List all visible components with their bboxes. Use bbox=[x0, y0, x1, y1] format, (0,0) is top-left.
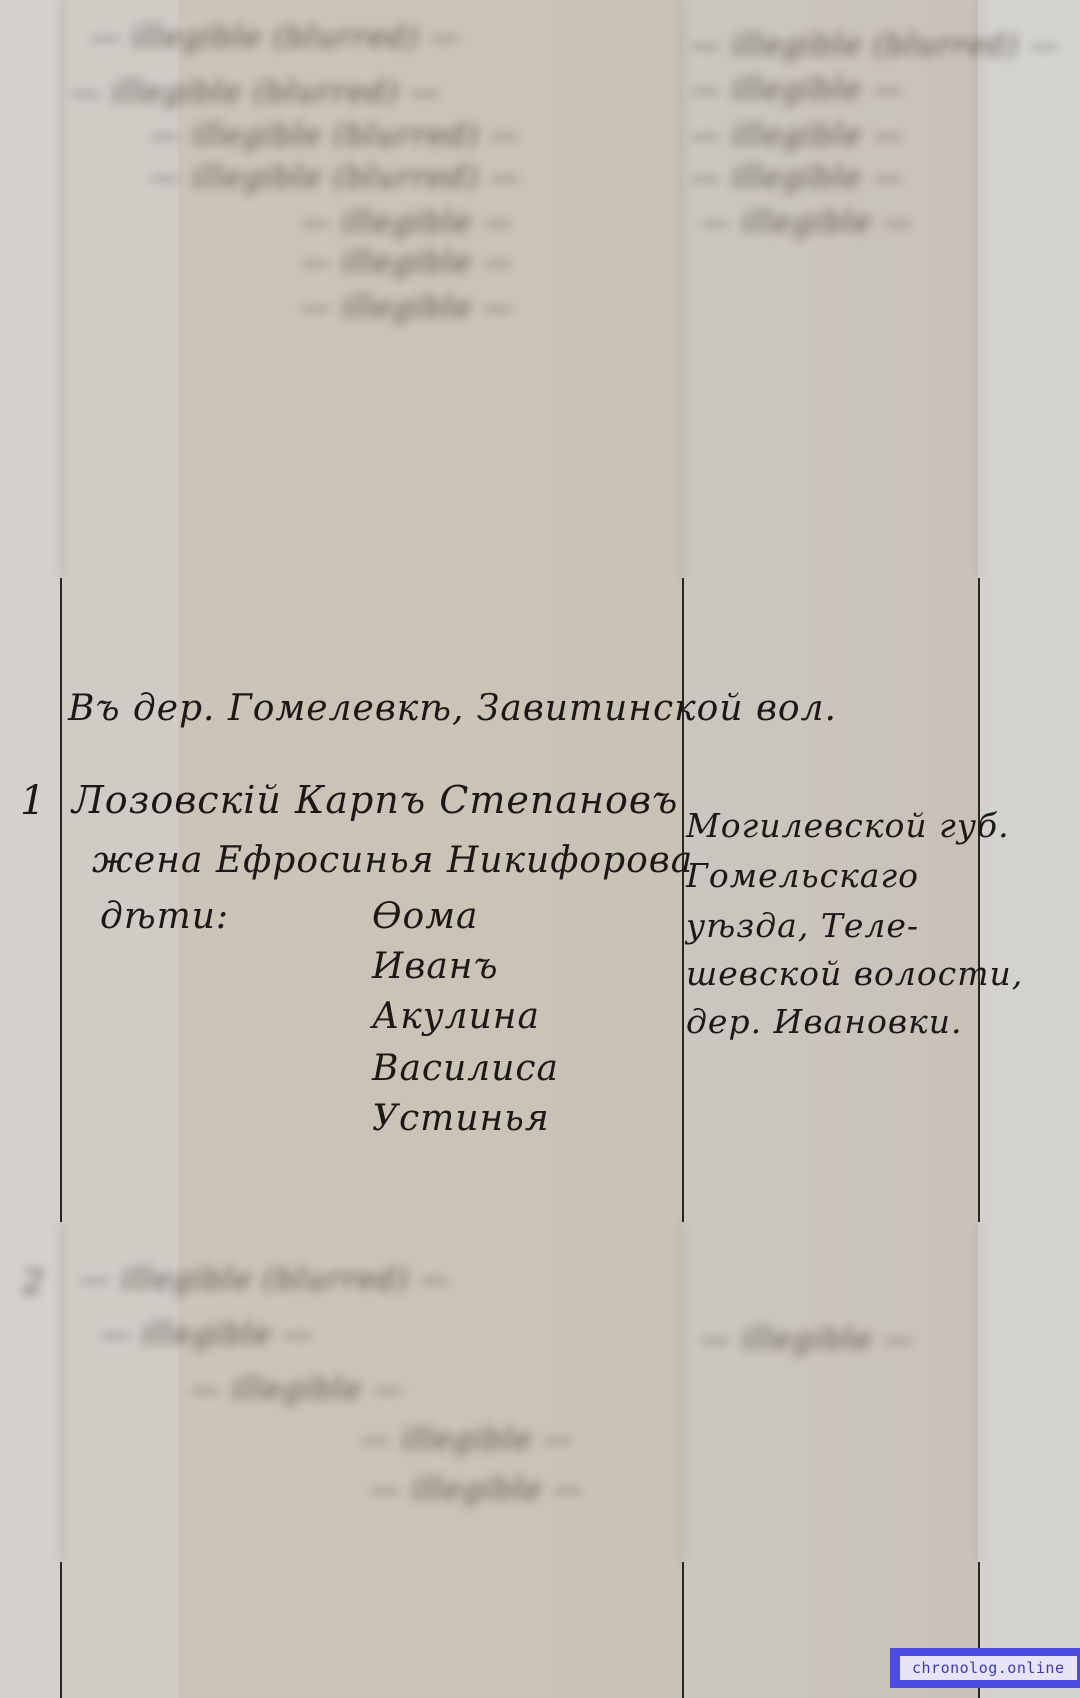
blurred-line: — illegible — bbox=[700, 205, 914, 240]
column-rule bbox=[978, 578, 980, 1222]
blurred-line: — illegible (blurred) — bbox=[90, 20, 461, 55]
origin-line: уѣзда, Теле- bbox=[686, 906, 919, 945]
blurred-line: — illegible — bbox=[100, 1317, 314, 1352]
child-name: Василиса bbox=[372, 1048, 559, 1089]
blurred-line: — illegible — bbox=[190, 1372, 404, 1407]
blurred-line: — illegible — bbox=[300, 205, 514, 240]
origin-line: дер. Ивановки. bbox=[686, 1002, 962, 1041]
child-name: Устинья bbox=[372, 1098, 550, 1139]
children-label: дѣти: bbox=[100, 896, 229, 937]
child-name: Иванъ bbox=[372, 946, 499, 987]
wife-line: жена Ефросинья Никифорова bbox=[92, 840, 693, 881]
blurred-bottom-section: 2 — illegible (blurred) — — illegible — … bbox=[0, 1222, 1080, 1562]
entry-section: Въ дер. Гомелевкѣ, Завитинской вол. 1 Ло… bbox=[0, 578, 1080, 1222]
blurred-line: — illegible (blurred) — bbox=[70, 75, 441, 110]
blurred-line: — illegible — bbox=[690, 118, 904, 153]
register-page: — illegible (blurred) — — illegible (blu… bbox=[0, 0, 1080, 1698]
watermark-badge: chronolog.online bbox=[890, 1648, 1080, 1688]
blurred-top-section: — illegible (blurred) — — illegible (blu… bbox=[0, 0, 1080, 578]
origin-line: Могилевской губ. bbox=[686, 806, 1010, 845]
column-rule bbox=[682, 578, 684, 1222]
child-name: Ѳома bbox=[372, 896, 479, 937]
blurred-line: — illegible — bbox=[300, 290, 514, 325]
blurred-line: — illegible — bbox=[690, 72, 904, 107]
blurred-line: — illegible (blurred) — bbox=[690, 28, 1061, 63]
household-head: Лозовскій Карпъ Степановъ bbox=[72, 778, 678, 822]
column-rule bbox=[60, 578, 62, 1222]
entry-number: 2 bbox=[22, 1262, 45, 1302]
blurred-line: — illegible — bbox=[690, 160, 904, 195]
origin-line: Гомельскаго bbox=[686, 856, 919, 895]
child-name: Акулина bbox=[372, 996, 540, 1037]
blurred-line: — illegible (blurred) — bbox=[150, 118, 521, 153]
blurred-line: — illegible — bbox=[700, 1322, 914, 1357]
blurred-line: — illegible (blurred) — bbox=[80, 1262, 451, 1297]
watermark-text: chronolog.online bbox=[900, 1656, 1077, 1680]
entry-number: 1 bbox=[20, 778, 46, 824]
origin-line: шевской волости, bbox=[686, 954, 1023, 993]
blurred-line: — illegible (blurred) — bbox=[150, 160, 521, 195]
village-heading: Въ дер. Гомелевкѣ, Завитинской вол. bbox=[68, 688, 837, 729]
blurred-line: — illegible — bbox=[360, 1422, 574, 1457]
blurred-line: — illegible — bbox=[370, 1472, 584, 1507]
blurred-line: — illegible — bbox=[300, 245, 514, 280]
